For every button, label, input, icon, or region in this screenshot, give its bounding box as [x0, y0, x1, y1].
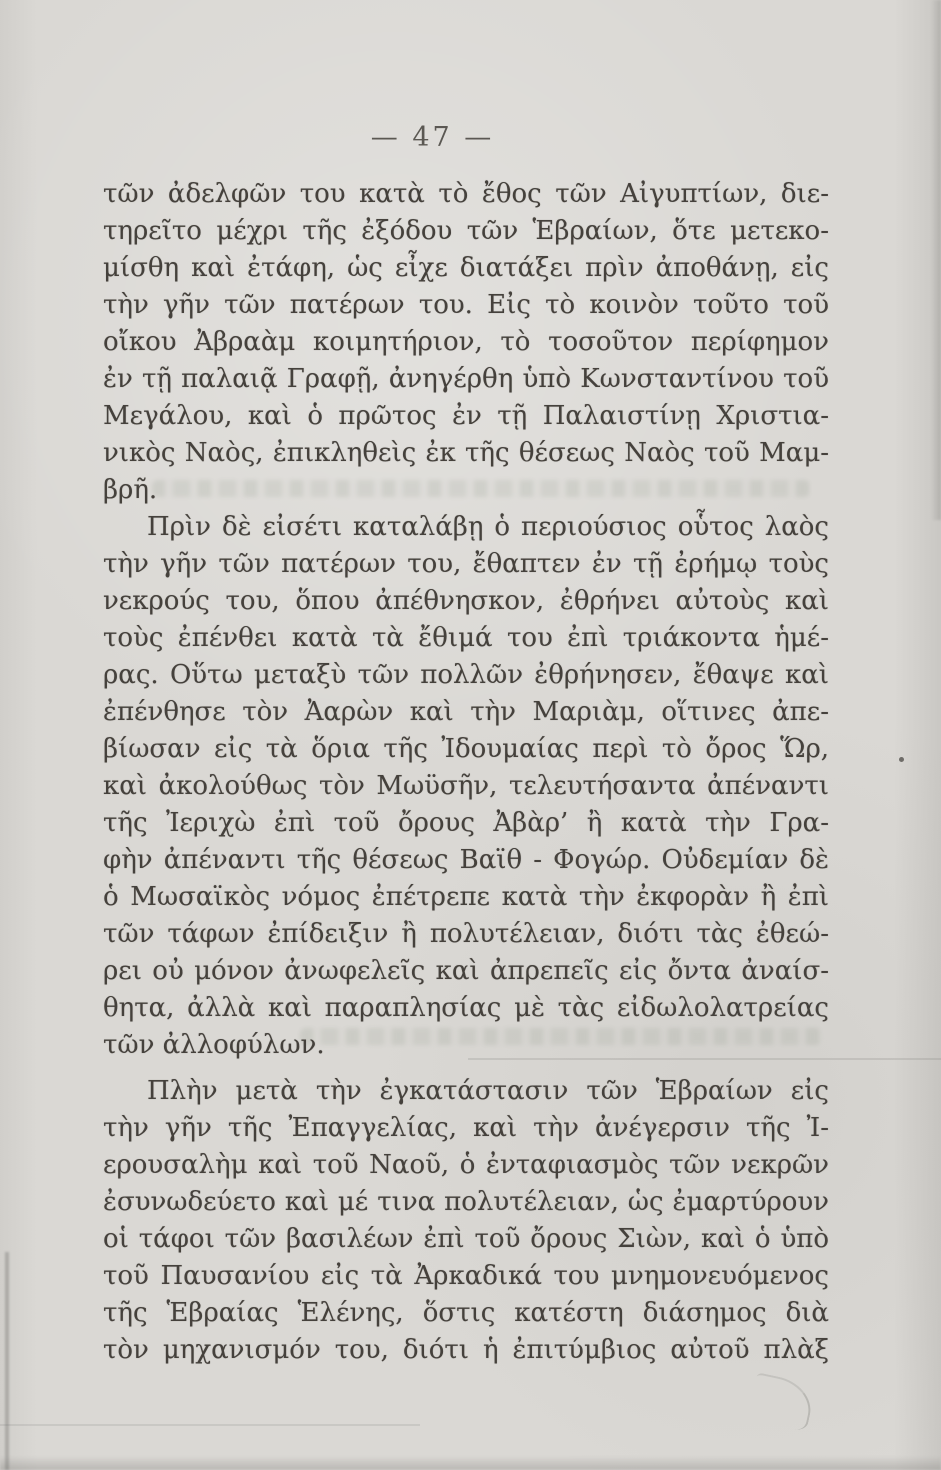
text-line: ἐσυνωδεύετο καὶ μέ τινα πολυτέλειαν, ὡς …: [103, 1184, 829, 1221]
text-line: τὸν μηχανισμόν του, διότι ἡ ἐπιτύμβιος α…: [103, 1332, 829, 1369]
paragraph: Πλὴν μετὰ τὴν ἐγκατάστασιν τῶν Ἑβραίων ε…: [103, 1073, 829, 1369]
text-line: ρας. Οὕτω μεταξὺ τῶν πολλῶν ἐθρήνησεν, ἔ…: [103, 657, 829, 694]
text-line: ἐν τῇ παλαιᾷ Γραφῇ, ἀνηγέρθη ὑπὸ Κωνσταν…: [103, 361, 829, 398]
text-line: οἱ τάφοι τῶν βασιλέων ἐπὶ τοῦ ὄρους Σιὼν…: [103, 1221, 829, 1258]
book-page: — 47 — τῶν ἀδελφῶν του κατὰ τὸ ἔθος τῶν …: [0, 0, 941, 1470]
text-line: τῆς Ἰεριχὼ ἐπὶ τοῦ ὄρους Ἀβὰρ’ ἢ κατὰ τὴ…: [103, 805, 829, 842]
text-line: τὴν γῆν τῶν πατέρων του, ἔθαπτεν ἐν τῇ ἐ…: [103, 546, 829, 583]
text-line: νικὸς Ναὸς, ἐπικληθεὶς ἐκ τῆς θέσεως Ναὸ…: [103, 435, 829, 472]
scan-shadow-bottom: [0, 1456, 941, 1470]
paragraph: Πρὶν δὲ εἰσέτι καταλάβῃ ὁ περιούσιος οὗτ…: [103, 509, 829, 1064]
text-line: τηρεῖτο μέχρι τῆς ἐξόδου τῶν Ἑβραίων, ὅτ…: [103, 213, 829, 250]
paragraph: τῶν ἀδελφῶν του κατὰ τὸ ἔθος τῶν Αἰγυπτί…: [103, 176, 829, 509]
text-line: Μεγάλου, καὶ ὁ πρῶτος ἐν τῇ Παλαιστίνῃ Χ…: [103, 398, 829, 435]
text-line: καὶ ἀκολούθως τὸν Μωϋσῆν, τελευτήσαντα ἀ…: [103, 768, 829, 805]
text-line: Πλὴν μετὰ τὴν ἐγκατάστασιν τῶν Ἑβραίων ε…: [103, 1073, 829, 1110]
text-line: τῆς Ἑβραίας Ἑλένης, ὅστις κατέστη διάσημ…: [103, 1295, 829, 1332]
text-line: θητα, ἀλλὰ καὶ παραπλησίας μὲ τὰς εἰδωλο…: [103, 990, 829, 1027]
text-line: τῶν τάφων ἐπίδειξιν ἢ πολυτέλειαν, διότι…: [103, 916, 829, 953]
paper-crease-mark: [748, 1372, 817, 1431]
text-line: ερουσαλὴμ καὶ τοῦ Ναοῦ, ὁ ἐνταφιασμὸς τῶ…: [103, 1147, 829, 1184]
text-line: τὴν γῆν τῆς Ἐπαγγελίας, καὶ τὴν ἀνέγερσι…: [103, 1110, 829, 1147]
page-number: — 47 —: [70, 122, 795, 153]
text-line: τοὺς ἐπένθει κατὰ τὰ ἔθιμά του ἐπὶ τριάκ…: [103, 620, 829, 657]
text-line: βρῆ.: [103, 472, 829, 509]
text-line: βίωσαν εἰς τὰ ὅρια τῆς Ἰδουμαίας περὶ τὸ…: [103, 731, 829, 768]
text-line: φὴν ἀπέναντι τῆς θέσεως Βαϊθ - Φογώρ. Οὐ…: [103, 842, 829, 879]
text-line: νεκρούς του, ὅπου ἀπέθνησκον, ἐθρήνει αὐ…: [103, 583, 829, 620]
text-line: οἴκου Ἀβραὰμ κοιμητήριον, τὸ τοσοῦτον πε…: [103, 324, 829, 361]
scan-line-artifact: [468, 1058, 941, 1060]
scan-shadow-right: [931, 0, 941, 520]
scan-line-artifact: [0, 1424, 420, 1426]
text-line: τὴν γῆν τῶν πατέρων του. Εἰς τὸ κοινὸν τ…: [103, 287, 829, 324]
text-line: ὁ Μωσαϊκὸς νόμος ἐπέτρεπε κατὰ τὴν ἐκφορ…: [103, 879, 829, 916]
ink-spot: [899, 757, 904, 762]
text-line: Πρὶν δὲ εἰσέτι καταλάβῃ ὁ περιούσιος οὗτ…: [103, 509, 829, 546]
scan-shadow-left: [5, 1252, 9, 1470]
text-line: ρει οὐ μόνον ἀνωφελεῖς καὶ ἀπρεπεῖς εἰς …: [103, 953, 829, 990]
text-line: τοῦ Παυσανίου εἰς τὰ Ἀρκαδικά του μνημον…: [103, 1258, 829, 1295]
body-text: τῶν ἀδελφῶν του κατὰ τὸ ἔθος τῶν Αἰγυπτί…: [103, 176, 829, 1369]
text-line: ἐπένθησε τὸν Ἀαρὼν καὶ τὴν Μαριὰμ, οἵτιν…: [103, 694, 829, 731]
text-line: μίσθη καὶ ἐτάφη, ὡς εἶχε διατάξει πρὶν ἀ…: [103, 250, 829, 287]
text-line: τῶν ἀδελφῶν του κατὰ τὸ ἔθος τῶν Αἰγυπτί…: [103, 176, 829, 213]
